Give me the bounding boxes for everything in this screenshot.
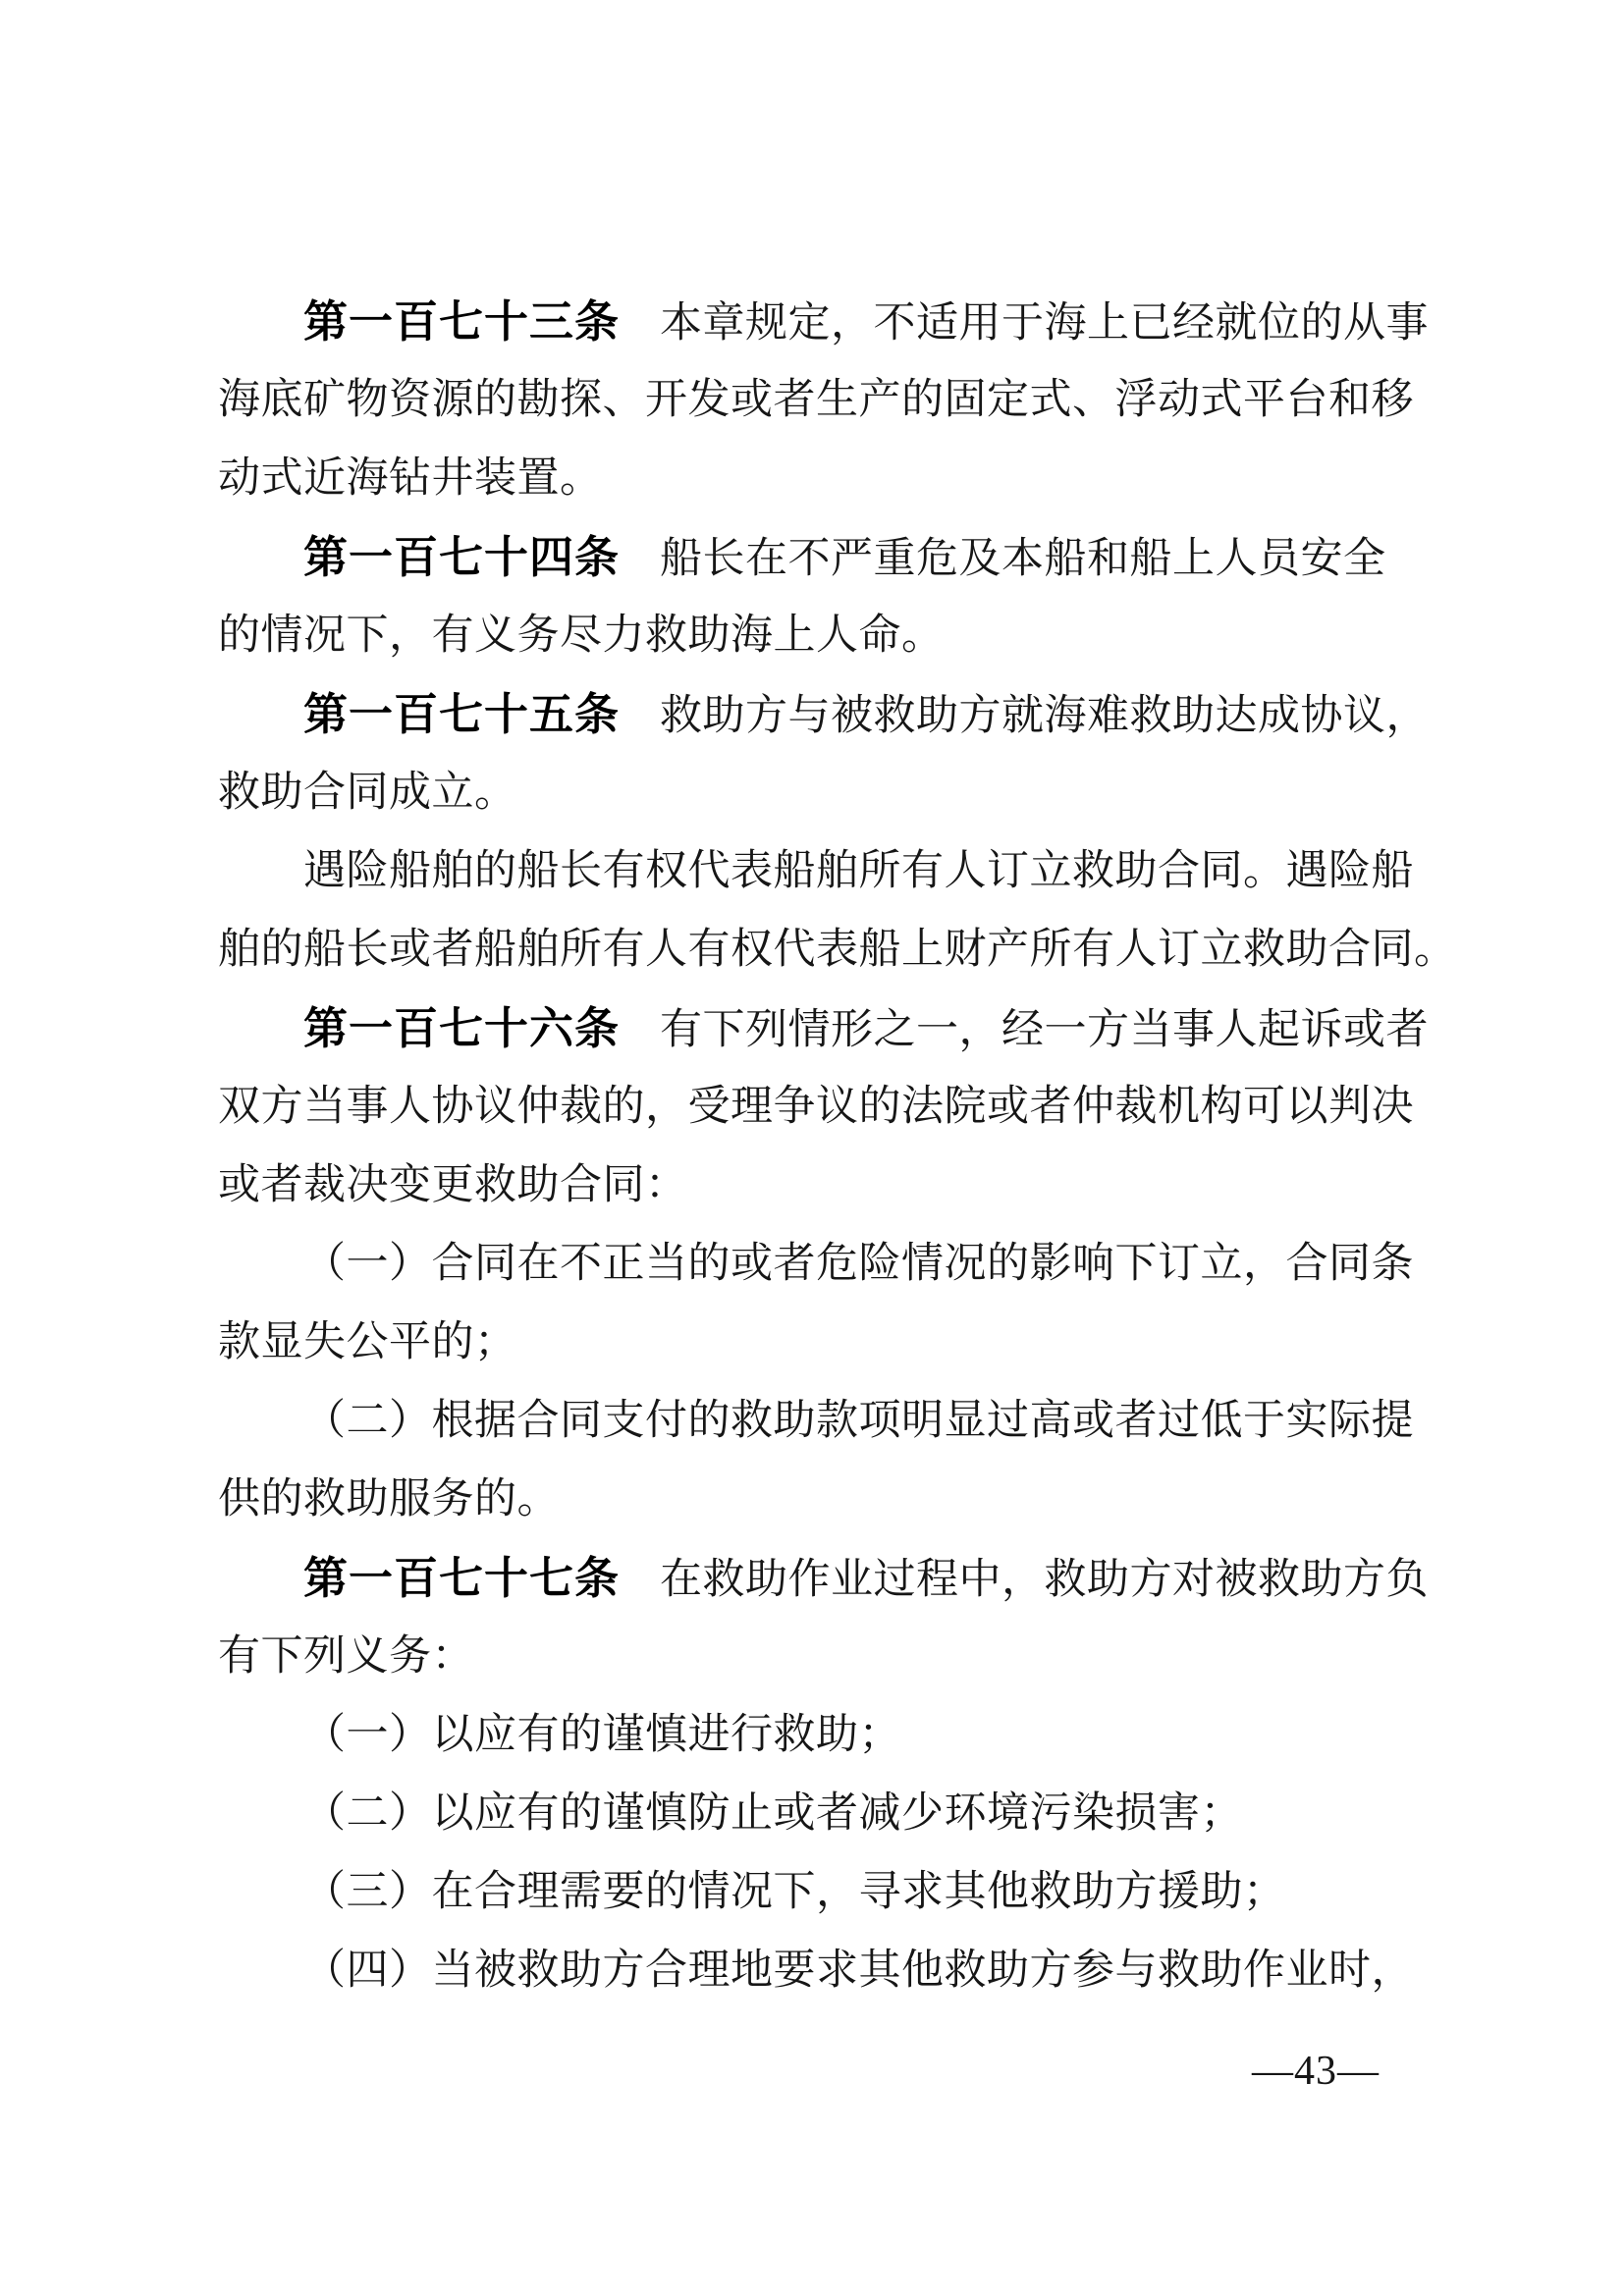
article-text: 在救助作业过程中，救助方对被救助方负 [660,1557,1429,1603]
text-line: 有下列义务： [218,1618,1435,1696]
article-text: 有下列情形之一，经一方当事人起诉或者 [660,1007,1429,1053]
text-line: （二）以应有的谨慎防止或者减少环境污染损害； [218,1775,1435,1853]
article-line: 第一百七十七条在救助作业过程中，救助方对被救助方负 [218,1539,1435,1618]
article-line: 第一百七十三条本章规定，不适用于海上已经就位的从事 [218,283,1435,361]
text-line: 遇险船舶的船长有权代表船舶所有人订立救助合同。遇险船 [218,832,1435,911]
article-number: 第一百七十六条 [303,1003,620,1053]
text-line: 或者裁决变更救助合同： [218,1147,1435,1225]
page-number: —43— [0,2042,1380,2101]
text-line: （一）以应有的谨慎进行救助； [218,1696,1435,1775]
article-text: 救助方与被救助方就海难救助达成协议， [660,693,1429,739]
text-line: 的情况下，有义务尽力救助海上人命。 [218,597,1435,675]
document-body: 第一百七十三条本章规定，不适用于海上已经就位的从事海底矿物资源的勘探、开发或者生… [218,283,1435,2010]
text-line: （二）根据合同支付的救助款项明显过高或者过低于实际提 [218,1382,1435,1461]
article-line: 第一百七十六条有下列情形之一，经一方当事人起诉或者 [218,989,1435,1068]
document-page: { "page": { "number_label": "—43—", "col… [0,0,1624,2296]
article-number: 第一百七十三条 [303,296,620,347]
article-number: 第一百七十四条 [303,532,620,582]
text-line: 供的救助服务的。 [218,1461,1435,1539]
text-line: 舶的船长或者船舶所有人有权代表船上财产所有人订立救助合同。 [218,911,1435,989]
text-line: 动式近海钻井装置。 [218,440,1435,518]
text-line: 海底矿物资源的勘探、开发或者生产的固定式、浮动式平台和移 [218,361,1435,440]
article-number: 第一百七十七条 [303,1553,620,1603]
article-text: 船长在不严重危及本船和船上人员安全 [660,536,1386,582]
article-line: 第一百七十五条救助方与被救助方就海难救助达成协议， [218,675,1435,754]
text-line: 款显失公平的； [218,1304,1435,1382]
text-line: 双方当事人协议仲裁的，受理争议的法院或者仲裁机构可以判决 [218,1068,1435,1147]
article-line: 第一百七十四条船长在不严重危及本船和船上人员安全 [218,518,1435,597]
text-line: （四）当被救助方合理地要求其他救助方参与救助作业时， [218,1932,1435,2010]
article-text: 本章规定，不适用于海上已经就位的从事 [660,300,1429,347]
text-line: （一）合同在不正当的或者危险情况的影响下订立，合同条 [218,1225,1435,1304]
text-line: 救助合同成立。 [218,754,1435,832]
text-line: （三）在合理需要的情况下，寻求其他救助方援助； [218,1853,1435,1932]
article-number: 第一百七十五条 [303,689,620,739]
